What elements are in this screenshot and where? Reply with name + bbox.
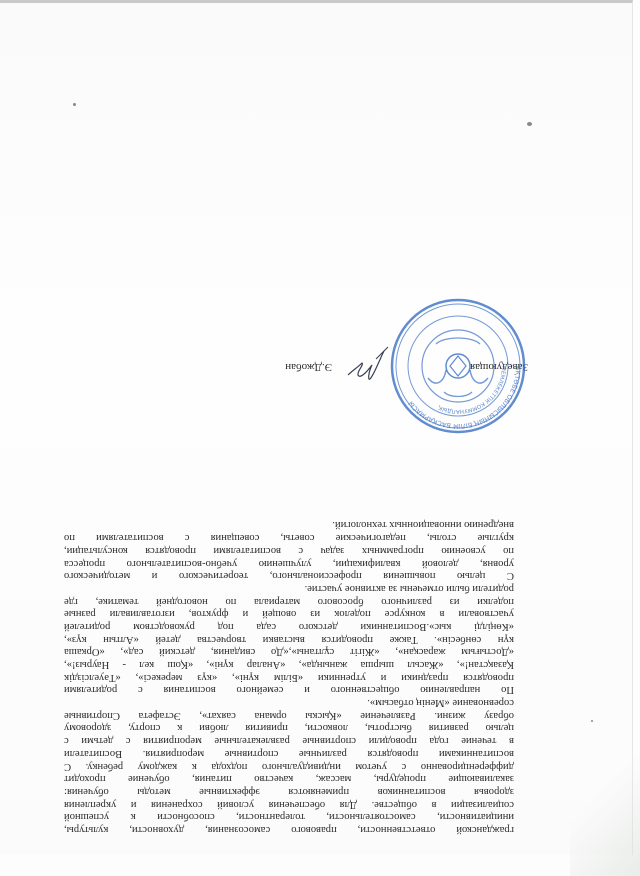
text-line: воспитанниками проводятся различные спор…: [64, 746, 514, 759]
text-line: дифференцированно с учетом индивидуально…: [64, 759, 514, 772]
text-line: гражданской ответственности, правового с…: [64, 822, 514, 835]
text-line: здоровья воспитанников применяются эффек…: [64, 784, 514, 797]
text-line: социализации в обществе. Для обеспечения…: [64, 797, 514, 810]
text-line: «Достығым жарасқан», «Жігіт сұлтаны»,«До…: [64, 645, 514, 658]
signatory-name: Э.Джобан: [285, 361, 332, 373]
text-line: родители были отмечены за активное участ…: [64, 581, 514, 594]
text-line: круглые столы, педагогические советы, со…: [64, 531, 514, 544]
text-line: соревнование «Менің отбасым».: [64, 695, 514, 708]
signature-block: Заведующая Э.Джобан: [0, 345, 640, 385]
document-body: гражданской ответственности, правового с…: [64, 518, 514, 835]
text-line: закаливающие процедуры, массаж, качество…: [64, 772, 514, 785]
text-line: С целью повышения профессионального, тео…: [64, 569, 514, 582]
text-line: внедрению инновационных технологий.: [64, 518, 514, 531]
text-line: проводятся праздники и утренники «Білім …: [64, 670, 514, 683]
text-line: по усвоению программных задач с воспитат…: [64, 543, 514, 556]
text-line: поделки из различного бросового материал…: [64, 594, 514, 607]
rotated-document: гражданской ответственности, правового с…: [0, 0, 640, 876]
text-line: күн сөнбесін». Также проводится выставки…: [64, 632, 514, 645]
text-line: По направлению общественного и семейного…: [64, 683, 514, 696]
official-seal-icon: АҚТӨБЕ ОБЛЫСЫНЫҢ БІЛІМ БАСҚАРМАСЫ МЕМЛЕК…: [388, 296, 528, 436]
text-line: образу жизни. Развлечение «Қыскы ормана …: [64, 708, 514, 721]
text-line: участвовали в конкурсе поделок из овощей…: [64, 607, 514, 620]
scanned-page: гражданской ответственности, правового с…: [0, 0, 640, 876]
text-line: Қазақстан!», «Жасыл шырша жанында», «Ана…: [64, 657, 514, 670]
text-line: в течение года проводили спортивные разв…: [64, 734, 514, 747]
text-line: уровня, деловой квалификации, улучшению …: [64, 556, 514, 569]
text-line: целью развития быстроты, ловкости, приви…: [64, 721, 514, 734]
handwritten-signature-icon: [340, 345, 390, 385]
text-line: «Көңілді кыс».Воспитанники детского сада…: [64, 619, 514, 632]
text-line: инициативности, самостоятельности, толер…: [64, 810, 514, 823]
